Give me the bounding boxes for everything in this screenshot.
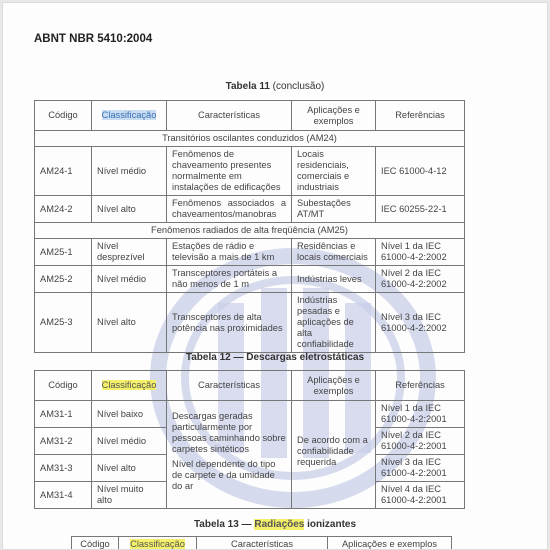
col-header-references: Referências xyxy=(376,371,465,401)
cell-code: AM25-3 xyxy=(35,293,92,353)
cell-applications: Residências e locais comerciais xyxy=(292,239,376,266)
cell-code: AM31-4 xyxy=(35,482,92,509)
cell-classification: Nível médio xyxy=(92,147,167,196)
cell-references: Nível 1 da IEC 61000-4-2:2002 xyxy=(376,239,465,266)
table-11: Código Classificação Características Apl… xyxy=(34,100,465,353)
cell-code: AM25-2 xyxy=(35,266,92,293)
cell-references: IEC 60255-22-1 xyxy=(376,196,465,223)
col-header-code: Código xyxy=(35,371,92,401)
col-header-applications: Aplicações e exemplos xyxy=(292,101,376,131)
table-row: AM25-3 Nível alto Transceptores de alta … xyxy=(35,293,465,353)
cell-classification: Nível médio xyxy=(92,428,167,455)
cell-classification: Nível alto xyxy=(92,293,167,353)
cell-references: IEC 61000-4-12 xyxy=(376,147,465,196)
cell-references: Nível 3 da IEC 61000-4-2:2002 xyxy=(376,293,465,353)
cell-references: Nível 2 da IEC 61000-4-2:2001 xyxy=(376,428,465,455)
table-13: Código Classificação Características Apl… xyxy=(71,536,452,550)
cell-applications: Indústrias pesadas e aplicações de alta … xyxy=(292,293,376,353)
group-title-am24: Transitórios oscilantes conduzidos (AM24… xyxy=(35,131,465,147)
table-11-caption: Tabela 11 (conclusão) xyxy=(3,81,547,92)
cell-characteristics: Transceptores de alta potência nas proxi… xyxy=(167,293,292,353)
cell-classification: Nível baixo xyxy=(92,401,167,428)
cell-characteristics: Estações de rádio e televisão a mais de … xyxy=(167,239,292,266)
col-header-code: Código xyxy=(35,101,92,131)
cell-code: AM31-3 xyxy=(35,455,92,482)
cell-applications: Subestações AT/MT xyxy=(292,196,376,223)
highlighted-text: Classificação xyxy=(102,380,157,390)
cell-references: Nível 4 da IEC 61000-4-2:2001 xyxy=(376,482,465,509)
col-header-code: Código xyxy=(72,537,119,550)
col-header-applications: Aplicações e exemplos xyxy=(328,537,452,550)
cell-classification: Nível alto xyxy=(92,196,167,223)
col-header-classification: Classificação xyxy=(92,371,167,401)
cell-code: AM24-2 xyxy=(35,196,92,223)
cell-references: Nível 3 da IEC 61000-4-2:2001 xyxy=(376,455,465,482)
group-title-am25: Fenômenos radiados de alta freqüência (A… xyxy=(35,223,465,239)
cell-characteristics: Transceptores portáteis a não menos de 1… xyxy=(167,266,292,293)
cell-characteristics: Fenômenos de chaveamento presentes norma… xyxy=(167,147,292,196)
cell-classification: Nível alto xyxy=(92,455,167,482)
col-header-characteristics: Características xyxy=(197,537,328,550)
table-header-row: Código Classificação Características Apl… xyxy=(35,371,465,401)
table-13-caption-prefix: Tabela 13 — xyxy=(194,519,254,530)
table-header-row: Código Classificação Características Apl… xyxy=(35,101,465,131)
col-header-classification: Classificação xyxy=(119,537,197,550)
table-11-caption-suffix: (conclusão) xyxy=(270,81,324,92)
cell-characteristics: Fenômenos associados a chaveamentos/mano… xyxy=(167,196,292,223)
table-row: AM31-1 Nível baixo Descargas geradas par… xyxy=(35,401,465,428)
cell-classification: Nível desprezível xyxy=(92,239,167,266)
characteristics-paragraph-2: Nível dependente do tipo de carpete e da… xyxy=(172,459,286,492)
table-12: Código Classificação Características Apl… xyxy=(34,370,465,509)
cell-applications: Locais residenciais, comerciais e indust… xyxy=(292,147,376,196)
table-13-caption-suffix: ionizantes xyxy=(304,519,356,530)
table-row: AM25-1 Nível desprezível Estações de rád… xyxy=(35,239,465,266)
table-12-caption-title: Tabela 12 — Descargas eletrostáticas xyxy=(186,352,364,363)
cell-classification: Nível médio xyxy=(92,266,167,293)
table-row: AM24-1 Nível médio Fenômenos de chaveame… xyxy=(35,147,465,196)
table-13-caption: Tabela 13 — Radiações ionizantes xyxy=(3,519,547,530)
table-header-row: Código Classificação Características Apl… xyxy=(72,537,452,550)
cell-code: AM24-1 xyxy=(35,147,92,196)
cell-applications: Indústrias leves xyxy=(292,266,376,293)
table-row: AM24-2 Nível alto Fenômenos associados a… xyxy=(35,196,465,223)
col-header-classification: Classificação xyxy=(92,101,167,131)
table-12-caption: Tabela 12 — Descargas eletrostáticas xyxy=(3,352,547,363)
document-code-header: ABNT NBR 5410:2004 xyxy=(34,33,152,45)
document-page: ABNT NBR 5410:2004 Tabela 11 (conclusão)… xyxy=(2,2,548,550)
highlighted-text: Classificação xyxy=(130,539,185,549)
cell-classification: Nível muito alto xyxy=(92,482,167,509)
table-11-caption-title: Tabela 11 xyxy=(226,81,270,92)
cell-code: AM25-1 xyxy=(35,239,92,266)
characteristics-paragraph-1: Descargas geradas particularmente por pe… xyxy=(172,411,286,455)
col-header-applications: Aplicações e exemplos xyxy=(292,371,376,401)
cell-shared-characteristics: Descargas geradas particularmente por pe… xyxy=(167,401,292,509)
cell-code: AM31-1 xyxy=(35,401,92,428)
col-header-characteristics: Características xyxy=(167,101,292,131)
cell-references: Nível 2 da IEC 61000-4-2:2002 xyxy=(376,266,465,293)
cell-references: Nível 1 da IEC 61000-4-2:2001 xyxy=(376,401,465,428)
highlighted-text: Radiações xyxy=(254,519,304,530)
cell-code: AM31-2 xyxy=(35,428,92,455)
highlighted-text: Classificação xyxy=(102,110,157,120)
col-header-references: Referências xyxy=(376,101,465,131)
table-row: AM25-2 Nível médio Transceptores portáte… xyxy=(35,266,465,293)
cell-shared-applications: De acordo com a confiabilidade requerida xyxy=(292,401,376,509)
col-header-characteristics: Características xyxy=(167,371,292,401)
